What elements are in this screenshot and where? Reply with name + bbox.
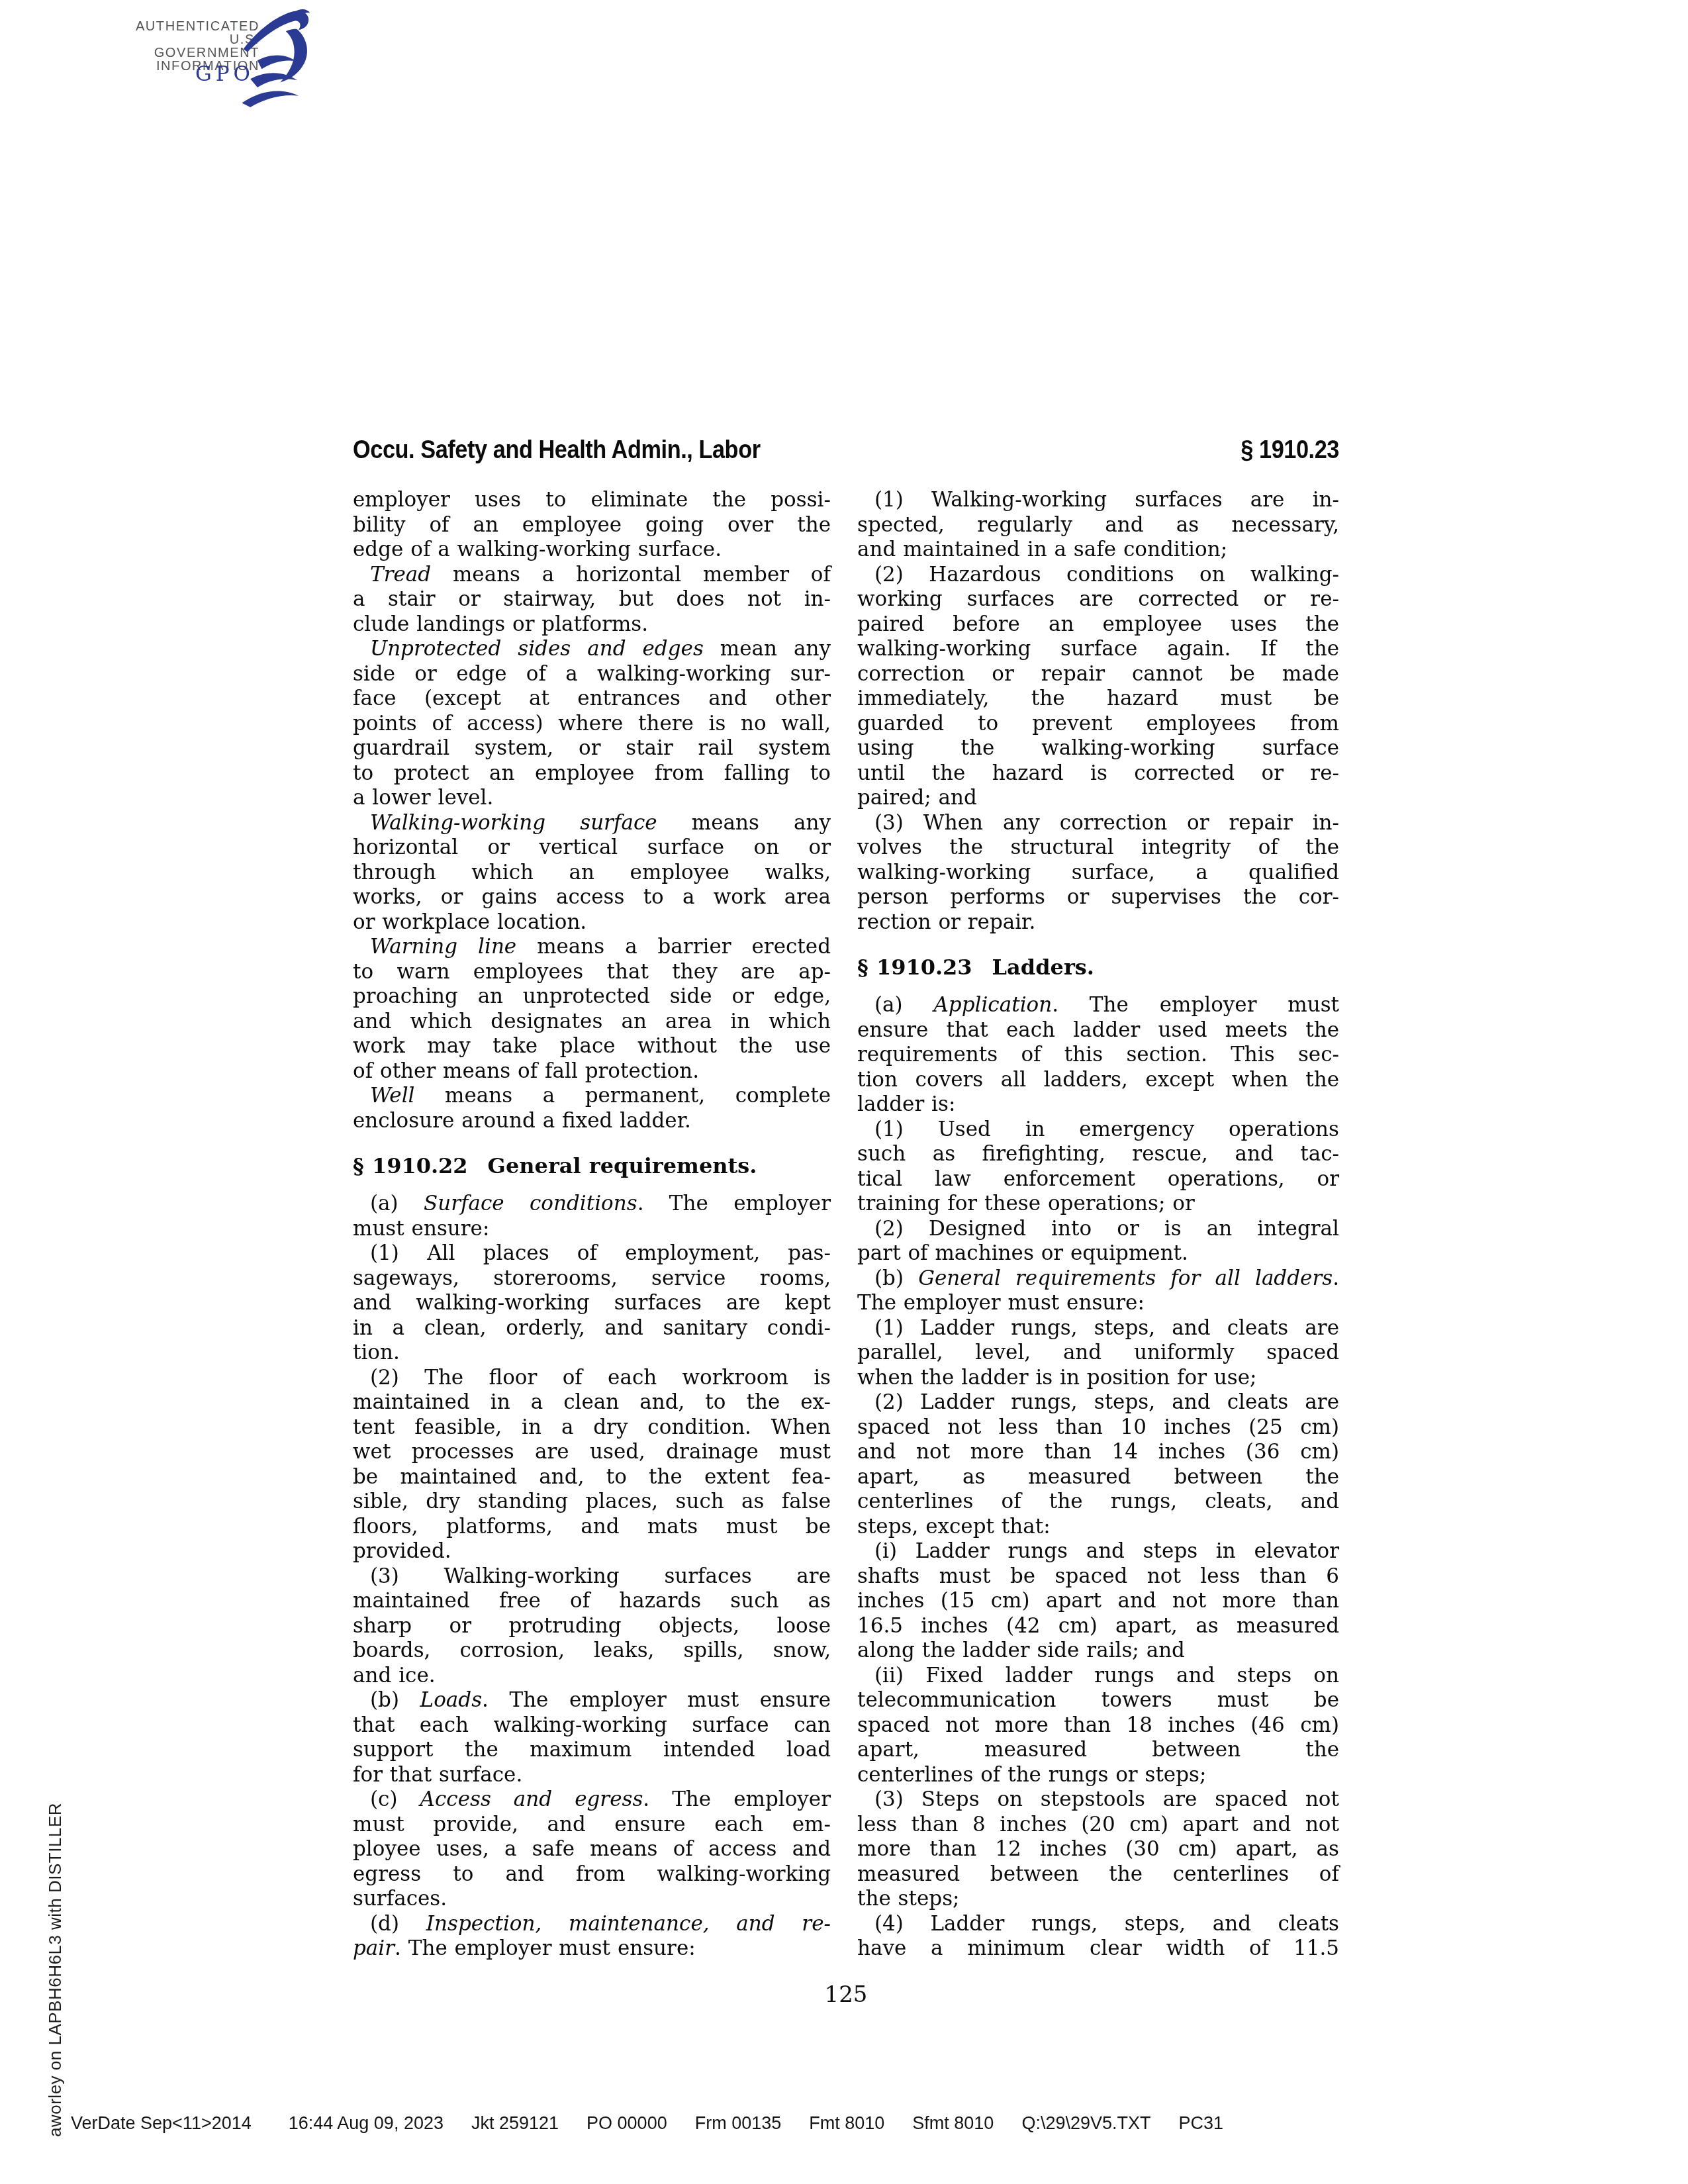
- text-line: to warn employees that they are ap-: [353, 960, 831, 985]
- paragraph: (b) General requirements for all ladders…: [857, 1266, 1339, 1316]
- paragraph: (1) Ladder rungs, steps, and cleats arep…: [857, 1316, 1339, 1391]
- text-line: or workplace location.: [353, 910, 831, 935]
- text-line: (2) Ladder rungs, steps, and cleats are: [857, 1390, 1339, 1415]
- text-line: (a) Application. The employer must: [857, 993, 1339, 1018]
- text-line: inches (15 cm) apart and not more than: [857, 1589, 1339, 1614]
- text-line: pair. The employer must ensure:: [353, 1936, 831, 1962]
- text-line: (a) Surface conditions. The employer: [353, 1192, 831, 1217]
- paragraph: (2) The floor of each workroom ismaintai…: [353, 1366, 831, 1564]
- text-line: Warning line means a barrier erected: [353, 935, 831, 960]
- paragraph: (ii) Fixed ladder rungs and steps ontele…: [857, 1664, 1339, 1788]
- paragraph: (3) When any correction or repair in-vol…: [857, 811, 1339, 935]
- text-line: working surfaces are corrected or re-: [857, 587, 1339, 612]
- text-line: in a clean, orderly, and sanitary condi-: [353, 1316, 831, 1341]
- text-line: parallel, level, and uniformly spaced: [857, 1341, 1339, 1366]
- text-line: Unprotected sides and edges mean any: [353, 637, 831, 662]
- footer-field-pc: PC31: [1178, 2113, 1223, 2134]
- text-line: to protect an employee from falling to: [353, 761, 831, 786]
- text-line: Tread means a horizontal member of: [353, 563, 831, 588]
- left-column: employer uses to eliminate the possi-bil…: [353, 488, 831, 1962]
- text-line: spected, regularly and as necessary,: [857, 513, 1339, 538]
- text-line: telecommunication towers must be: [857, 1688, 1339, 1713]
- text-line: edge of a walking-working surface.: [353, 538, 831, 563]
- paragraph: (c) Access and egress. The employermust …: [353, 1787, 831, 1912]
- paragraph: Warning line means a barrier erectedto w…: [353, 935, 831, 1084]
- footer-field-frm: Frm 00135: [695, 2113, 782, 2134]
- text-line: walking-working surface, a qualified: [857, 861, 1339, 886]
- text-line: side or edge of a walking-working sur-: [353, 662, 831, 687]
- text-line: volves the structural integrity of the: [857, 835, 1339, 861]
- text-line: (b) Loads. The employer must ensure: [353, 1688, 831, 1713]
- text-line: (2) Hazardous conditions on walking-: [857, 563, 1339, 588]
- paragraph: Unprotected sides and edges mean anyside…: [353, 637, 831, 811]
- footer-field-verdate: VerDate Sep<11>2014: [71, 2113, 252, 2134]
- paragraph: (3) Steps on stepstools are spaced notle…: [857, 1787, 1339, 1912]
- text-line: a lower level.: [353, 786, 831, 811]
- footer-field-po: PO 00000: [586, 2113, 667, 2134]
- text-line: egress to and from walking-working: [353, 1862, 831, 1887]
- gpo-eagle-icon: [238, 8, 318, 107]
- text-line: works, or gains access to a work area: [353, 885, 831, 910]
- text-line: centerlines of the rungs or steps;: [857, 1763, 1339, 1788]
- paragraph: (4) Ladder rungs, steps, and cleatshave …: [857, 1912, 1339, 1962]
- text-line: when the ladder is in position for use;: [857, 1366, 1339, 1391]
- paragraph: (a) Surface conditions. The employermust…: [353, 1192, 831, 1241]
- text-line: rection or repair.: [857, 910, 1339, 935]
- text-line: and which designates an area in which: [353, 1010, 831, 1035]
- text-line: using the walking-working surface: [857, 736, 1339, 761]
- text-line: through which an employee walks,: [353, 861, 831, 886]
- text-line: steps, except that:: [857, 1515, 1339, 1540]
- text-line: tion covers all ladders, except when the: [857, 1068, 1339, 1093]
- text-line: be maintained and, to the extent fea-: [353, 1465, 831, 1490]
- text-line: immediately, the hazard must be: [857, 687, 1339, 712]
- page: AUTHENTICATED U.S. GOVERNMENT INFORMATIO…: [0, 0, 1688, 2184]
- text-line: walking-working surface again. If the: [857, 637, 1339, 662]
- right-column: (1) Walking-working surfaces are in-spec…: [857, 488, 1339, 1962]
- text-line: sible, dry standing places, such as fals…: [353, 1490, 831, 1515]
- footer-field-sfmt: Sfmt 8010: [912, 2113, 994, 2134]
- text-line: ladder is:: [857, 1092, 1339, 1117]
- paragraph: (1) All places of employment, pas-sagewa…: [353, 1241, 831, 1366]
- text-line: along the ladder side rails; and: [857, 1638, 1339, 1664]
- text-line: part of machines or equipment.: [857, 1241, 1339, 1266]
- section-heading: § 1910.23Ladders.: [857, 955, 1339, 980]
- paragraph: (2) Designed into or is an integralpart …: [857, 1217, 1339, 1266]
- text-line: clude landings or platforms.: [353, 612, 831, 638]
- text-line: maintained in a clean and, to the ex-: [353, 1390, 831, 1415]
- text-line: for that surface.: [353, 1763, 831, 1788]
- text-line: work may take place without the use: [353, 1034, 831, 1059]
- paragraph: (3) Walking-working surfaces aremaintain…: [353, 1564, 831, 1689]
- text-line: correction or repair cannot be made: [857, 662, 1339, 687]
- text-line: spaced not more than 18 inches (46 cm): [857, 1713, 1339, 1738]
- text-line: support the maximum intended load: [353, 1738, 831, 1763]
- text-line: ployee uses, a safe means of access and: [353, 1837, 831, 1862]
- text-line: tent feasible, in a dry condition. When: [353, 1415, 831, 1441]
- text-line: a stair or stairway, but does not in-: [353, 587, 831, 612]
- text-line: shafts must be spaced not less than 6: [857, 1564, 1339, 1590]
- paragraph: (b) Loads. The employer must ensurethat …: [353, 1688, 831, 1787]
- text-line: and ice.: [353, 1664, 831, 1689]
- text-line: (1) Ladder rungs, steps, and cleats are: [857, 1316, 1339, 1341]
- text-line: spaced not less than 10 inches (25 cm): [857, 1415, 1339, 1441]
- text-line: face (except at entrances and other: [353, 687, 831, 712]
- text-line: floors, platforms, and mats must be: [353, 1515, 831, 1540]
- gpo-logo: AUTHENTICATED U.S. GOVERNMENT INFORMATIO…: [127, 15, 326, 120]
- text-line: person performs or supervises the cor-: [857, 885, 1339, 910]
- text-line: centerlines of the rungs, cleats, and: [857, 1490, 1339, 1515]
- text-line: sharp or protruding objects, loose: [353, 1614, 831, 1639]
- text-line: (c) Access and egress. The employer: [353, 1787, 831, 1813]
- text-line: Well means a permanent, complete: [353, 1084, 831, 1109]
- text-line: tical law enforcement operations, or: [857, 1167, 1339, 1192]
- text-line: (b) General requirements for all ladders…: [857, 1266, 1339, 1292]
- text-line: (d) Inspection, maintenance, and re-: [353, 1912, 831, 1937]
- text-line: apart, as measured between the: [857, 1465, 1339, 1490]
- text-line: (3) When any correction or repair in-: [857, 811, 1339, 836]
- text-line: such as firefighting, rescue, and tac-: [857, 1142, 1339, 1167]
- text-line: surfaces.: [353, 1887, 831, 1912]
- text-line: tion.: [353, 1341, 831, 1366]
- text-line: (4) Ladder rungs, steps, and cleats: [857, 1912, 1339, 1937]
- text-line: The employer must ensure:: [857, 1291, 1339, 1316]
- text-line: maintained free of hazards such as: [353, 1589, 831, 1614]
- footer-field-path: Q:\29\29V5.TXT: [1021, 2113, 1150, 2134]
- text-line: training for these operations; or: [857, 1192, 1339, 1217]
- footer-field-jkt: Jkt 259121: [471, 2113, 559, 2134]
- text-line: provided.: [353, 1539, 831, 1564]
- text-line: proaching an unprotected side or edge,: [353, 984, 831, 1010]
- text-line: less than 8 inches (20 cm) apart and not: [857, 1813, 1339, 1838]
- text-line: (1) Used in emergency operations: [857, 1117, 1339, 1143]
- running-header-title: Occu. Safety and Health Admin., Labor: [353, 436, 761, 465]
- text-line: must ensure:: [353, 1217, 831, 1242]
- paragraph: (2) Hazardous conditions on walking-work…: [857, 563, 1339, 811]
- text-line: the steps;: [857, 1887, 1339, 1912]
- text-line: horizontal or vertical surface on or: [353, 835, 831, 861]
- text-line: apart, measured between the: [857, 1738, 1339, 1763]
- text-line: and maintained in a safe condition;: [857, 538, 1339, 563]
- text-line: have a minimum clear width of 11.5: [857, 1936, 1339, 1962]
- text-line: (1) Walking-working surfaces are in-: [857, 488, 1339, 513]
- text-line: guarded to prevent employees from: [857, 712, 1339, 737]
- text-line: (2) The floor of each workroom is: [353, 1366, 831, 1391]
- paragraph: employer uses to eliminate the possi-bil…: [353, 488, 831, 563]
- footer-field-fmt: Fmt 8010: [809, 2113, 884, 2134]
- paragraph: Walking-working surface means anyhorizon…: [353, 811, 831, 935]
- footer-field-time: 16:44 Aug 09, 2023: [289, 2113, 444, 2134]
- text-line: and not more than 14 inches (36 cm): [857, 1440, 1339, 1465]
- text-line: and walking-working surfaces are kept: [353, 1291, 831, 1316]
- text-line: requirements of this section. This sec-: [857, 1043, 1339, 1068]
- paragraph: (1) Walking-working surfaces are in-spec…: [857, 488, 1339, 563]
- text-line: bility of an employee going over the: [353, 513, 831, 538]
- text-line: (i) Ladder rungs and steps in elevator: [857, 1539, 1339, 1564]
- text-line: enclosure around a fixed ladder.: [353, 1109, 831, 1134]
- text-line: that each walking-working surface can: [353, 1713, 831, 1738]
- sidebar-watermark: aworley on LAPBH6H6L3 with DISTILLER: [45, 1803, 66, 2137]
- section-number: § 1910.22: [353, 1153, 468, 1178]
- text-line: (1) All places of employment, pas-: [353, 1241, 831, 1266]
- text-line: boards, corrosion, leaks, spills, snow,: [353, 1638, 831, 1664]
- paragraph: Tread means a horizontal member ofa stai…: [353, 563, 831, 638]
- text-line: of other means of fall protection.: [353, 1059, 831, 1084]
- paragraph: Well means a permanent, completeenclosur…: [353, 1084, 831, 1133]
- footer-line: VerDate Sep<11>2014 16:44 Aug 09, 2023 J…: [71, 2113, 1223, 2134]
- text-line: must provide, and ensure each em-: [353, 1813, 831, 1838]
- section-heading: § 1910.22General requirements.: [353, 1153, 831, 1178]
- text-line: points of access) where there is no wall…: [353, 712, 831, 737]
- text-line: Walking-working surface means any: [353, 811, 831, 836]
- text-line: employer uses to eliminate the possi-: [353, 488, 831, 513]
- text-line: (ii) Fixed ladder rungs and steps on: [857, 1664, 1339, 1689]
- text-line: measured between the centerlines of: [857, 1862, 1339, 1887]
- text-line: wet processes are used, drainage must: [353, 1440, 831, 1465]
- text-line: paired; and: [857, 786, 1339, 811]
- text-line: (3) Walking-working surfaces are: [353, 1564, 831, 1590]
- text-line: ensure that each ladder used meets the: [857, 1018, 1339, 1043]
- paragraph: (1) Used in emergency operationssuch as …: [857, 1117, 1339, 1217]
- text-line: until the hazard is corrected or re-: [857, 761, 1339, 786]
- text-line: paired before an employee uses the: [857, 612, 1339, 638]
- section-number: § 1910.23: [857, 955, 972, 980]
- text-line: (2) Designed into or is an integral: [857, 1217, 1339, 1242]
- section-title: General requirements.: [488, 1153, 757, 1178]
- page-number: 125: [353, 1981, 1339, 2008]
- text-line: (3) Steps on stepstools are spaced not: [857, 1787, 1339, 1813]
- running-header: Occu. Safety and Health Admin., Labor § …: [353, 436, 1339, 465]
- text-line: 16.5 inches (42 cm) apart, as measured: [857, 1614, 1339, 1639]
- paragraph: (a) Application. The employer mustensure…: [857, 993, 1339, 1117]
- text-line: more than 12 inches (30 cm) apart, as: [857, 1837, 1339, 1862]
- paragraph: (d) Inspection, maintenance, and re-pair…: [353, 1912, 831, 1962]
- paragraph: (2) Ladder rungs, steps, and cleats ares…: [857, 1390, 1339, 1539]
- running-header-section: § 1910.23: [1241, 436, 1339, 465]
- section-title: Ladders.: [992, 955, 1094, 980]
- text-line: sageways, storerooms, service rooms,: [353, 1266, 831, 1292]
- paragraph: (i) Ladder rungs and steps in elevatorsh…: [857, 1539, 1339, 1664]
- text-line: guardrail system, or stair rail system: [353, 736, 831, 761]
